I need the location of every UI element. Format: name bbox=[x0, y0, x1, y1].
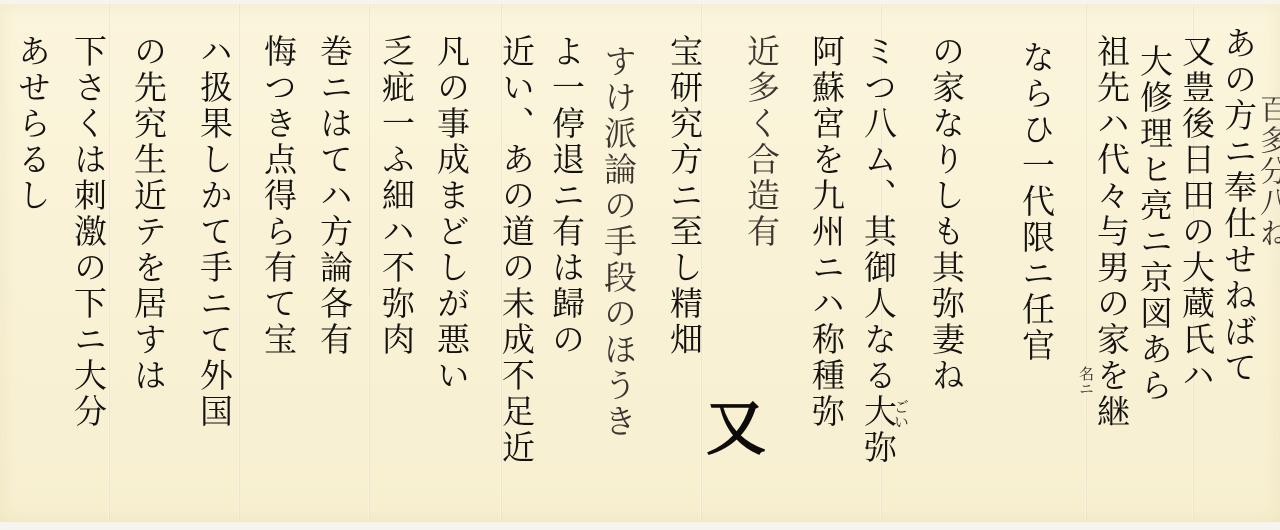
manuscript-column: 乏疵一ふ細ハ不弥肉 bbox=[380, 34, 413, 358]
manuscript-column: ハ扱果しかて手ニて外国 bbox=[198, 34, 231, 430]
manuscript-column: 大修理ヒ亮ニ京図あら bbox=[1138, 44, 1171, 404]
manuscript-column: 祖先ハ代々与男の家を継 bbox=[1095, 34, 1128, 430]
manuscript-column: ミつ八ム、其御人なる大弥 bbox=[862, 34, 895, 466]
manuscript-column: の家なりしも其弥妻ね bbox=[930, 34, 963, 394]
manuscript-large-character: 又 bbox=[706, 399, 766, 459]
manuscript-column: よ一停退ニ有は歸の bbox=[550, 34, 583, 358]
manuscript-column: ならひ一代限ニ任官 bbox=[1020, 40, 1053, 364]
marginal-annotation: 名ニ bbox=[1078, 366, 1093, 396]
paper-fold-line bbox=[238, 4, 240, 522]
manuscript-column: 近い、あの道の未成不足近 bbox=[500, 34, 533, 466]
manuscript-column: 宝研究方ニ至し精畑 bbox=[668, 34, 701, 358]
paper-fold-line bbox=[1085, 4, 1087, 522]
manuscript-column: あせらるし bbox=[16, 34, 49, 214]
manuscript-column: の先究生近テを居すは bbox=[132, 34, 165, 394]
paper-fold-line bbox=[108, 4, 110, 522]
manuscript-column: 巻ニはてハ方論各有 bbox=[318, 34, 351, 358]
manuscript-column: すけ派論の手段のほうき bbox=[602, 44, 635, 440]
manuscript-column: あの方ニ奉仕せねばて bbox=[1222, 26, 1255, 386]
manuscript-paper: 百多分八ね あの方ニ奉仕せねばて 又豊後日田の大蔵氏ハ 大修理ヒ亮ニ京図あら 祖… bbox=[0, 4, 1280, 522]
manuscript-column: 凡の事成まどしが悪い bbox=[435, 34, 468, 394]
manuscript-column: 百多分八ね bbox=[1258, 94, 1280, 249]
manuscript-column: 近多く合造有 bbox=[745, 34, 778, 250]
paper-fold-line bbox=[368, 4, 370, 522]
document-page: 百多分八ね あの方ニ奉仕せねばて 又豊後日田の大蔵氏ハ 大修理ヒ亮ニ京図あら 祖… bbox=[0, 0, 1280, 530]
manuscript-column: 悔つき点得ら有て宝 bbox=[262, 34, 295, 358]
manuscript-column: 又豊後日田の大蔵氏ハ bbox=[1180, 34, 1213, 394]
manuscript-column: 下さくは刺激の下ニ大分 bbox=[72, 34, 105, 430]
marginal-annotation: ごい bbox=[893, 399, 908, 429]
manuscript-column: 阿蘇宮を九州ニハ称種弥 bbox=[810, 34, 843, 430]
